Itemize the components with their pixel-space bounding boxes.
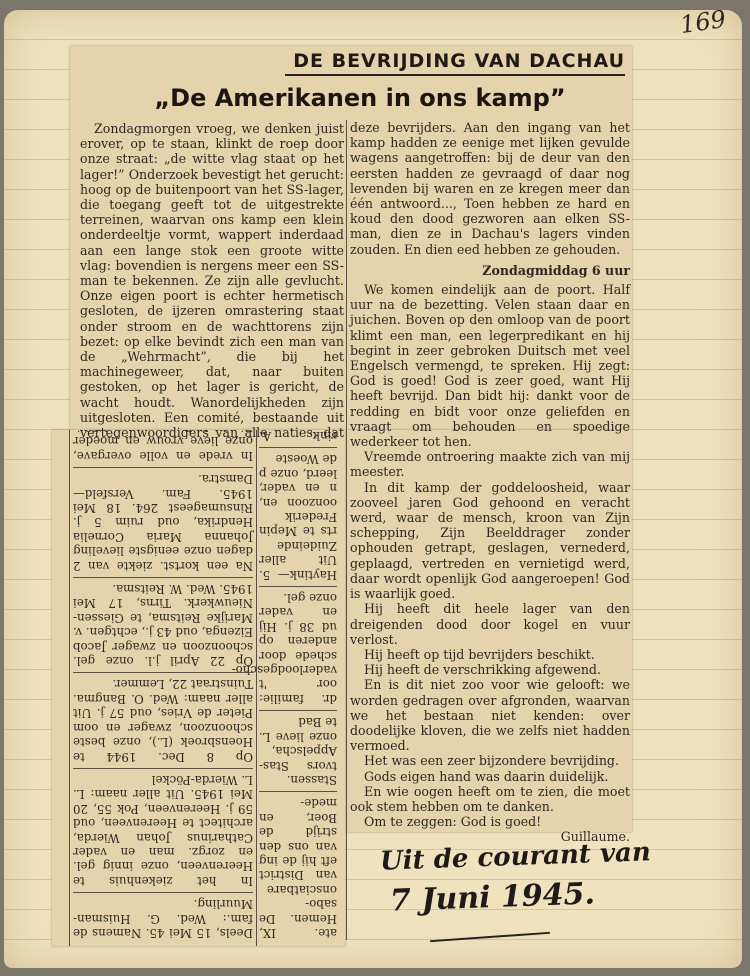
death-notice: In het ziekenhuis te Heerenveen, onze in… — [73, 773, 253, 888]
article-paragraph: Om te zeggen: God is goed! — [350, 814, 630, 829]
notice-column-divider — [69, 430, 70, 946]
notice-fragment: ate. IX, Hemen. De sabo- onsciatbare van… — [259, 796, 337, 940]
notice-column-divider — [256, 430, 257, 946]
notice-separator — [259, 586, 337, 587]
article-paragraph: Vreemde ontroering maakte zich van mij m… — [350, 449, 630, 479]
notice-separator — [73, 672, 253, 673]
article-column-2: deze bevrijders. Aan den ingang van het … — [350, 120, 630, 845]
notice-fragment: dr. familie: oor 't vaderloodgescho- sch… — [259, 591, 337, 706]
notice-separator — [73, 467, 253, 468]
article-paragraph: Hij heeft op tijd bevrijders beschikt. — [350, 647, 630, 662]
section-heading: DE BEVRIJDING VAN DACHAU — [285, 50, 625, 76]
notice-fragment: Stassen. tvors Stas- Appelscha, onze lie… — [259, 715, 337, 787]
death-notice: Op 22 April j.l. onze gel. schoonzoon en… — [73, 582, 253, 668]
article-paragraph: Hij heeft dit heele lager van den dreige… — [350, 601, 630, 647]
column-divider — [346, 120, 347, 940]
death-notice: Op 8 Dec. 1944 te Hoensbroek (L.), onze … — [73, 677, 253, 763]
notice-fragment: Haytink— 5. Uit aller Zuideinde rts te M… — [259, 452, 337, 582]
notice-separator — [259, 447, 337, 448]
article-paragraph: Gods eigen hand was daarin duidelijk. — [350, 769, 630, 784]
death-notice: In vrede en volle overgave, onze lieve v… — [73, 430, 253, 463]
article-paragraph: In dit kamp der goddeloosheid, waar zoov… — [350, 480, 630, 602]
notice-separator — [73, 892, 253, 893]
article-column-1: Zondagmorgen vroeg, we denken juist erov… — [80, 121, 344, 439]
notice-column-left: ate. IX, Hemen. De sabo- onsciatbare van… — [259, 430, 337, 940]
notice-separator — [259, 791, 337, 792]
death-notices-upside-down: ate. IX, Hemen. De sabo- onsciatbare van… — [52, 430, 345, 946]
handwritten-note-line-2: 7 Juni 1945. — [389, 876, 595, 918]
death-notice: Na een kortst. ziekte van 2 dagen onze e… — [73, 472, 253, 573]
article-paragraph: En wie oogen heeft om te zien, die moet … — [350, 784, 630, 814]
notice-separator — [259, 710, 337, 711]
article-paragraph: Het was een zeer bijzondere bevrijding. — [350, 753, 630, 768]
article-paragraph: Zondagmorgen vroeg, we denken juist erov… — [80, 121, 344, 439]
article-paragraph: En is dit niet zoo voor wie gelooft: we … — [350, 677, 630, 753]
article-subheading: Zondagmiddag 6 uur — [350, 263, 630, 278]
notice-fragment: rink. A. Poort- 105 B. I. nlichtingenstr… — [259, 430, 337, 443]
notice-column-middle: Deels, 15 Mei 45. Namens de fam.: Wed. G… — [73, 430, 253, 940]
notice-separator — [73, 577, 253, 578]
article-paragraph: Hij heeft de verschrikking afgewend. — [350, 662, 630, 677]
article-headline: „De Amerikanen in ons kamp” — [100, 84, 620, 112]
death-notice: Deels, 15 Mei 45. Namens de fam.: Wed. G… — [73, 897, 253, 940]
article-paragraph: deze bevrijders. Aan den ingang van het … — [350, 120, 630, 257]
notice-separator — [73, 768, 253, 769]
article-paragraph: We komen eindelijk aan de poort. Half uu… — [350, 282, 630, 449]
